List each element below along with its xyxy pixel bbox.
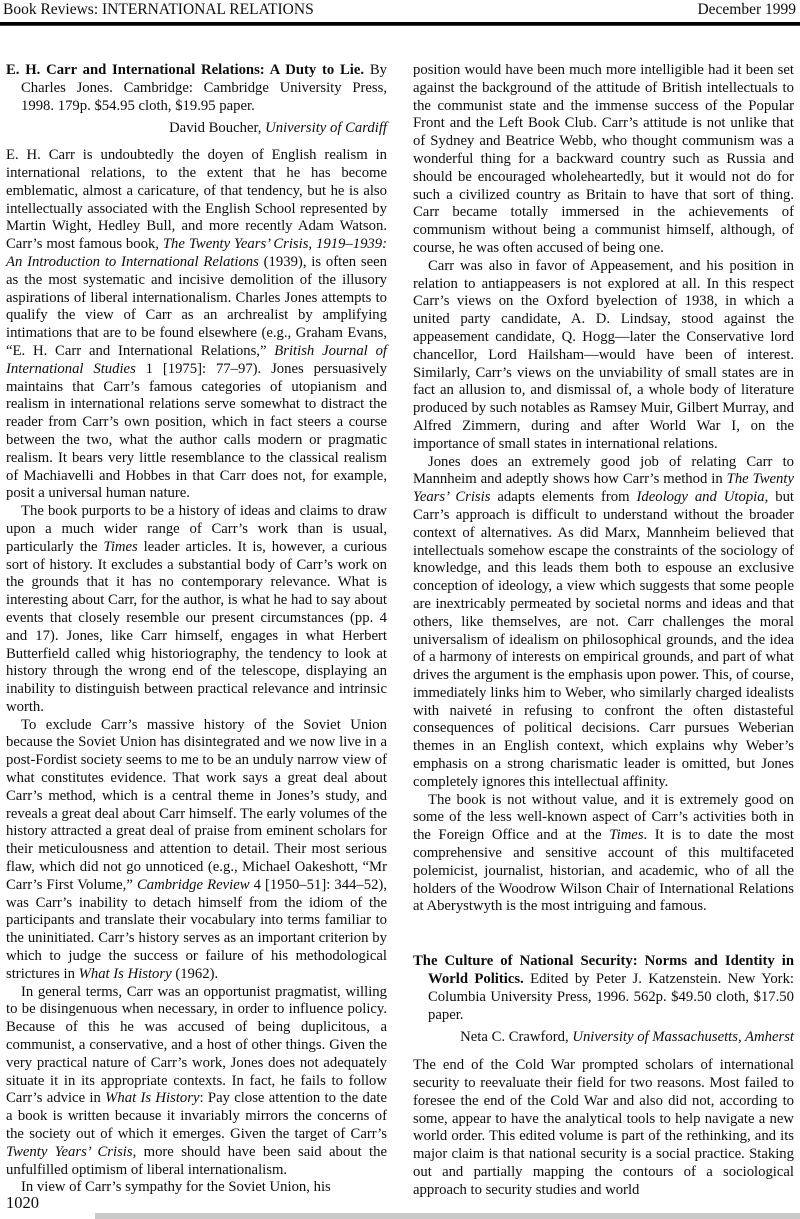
paragraph: The book purports to be a history of ide…: [6, 503, 387, 717]
paragraph: Carr was also in favor of Appeasement, a…: [413, 258, 794, 454]
page-header: Book Reviews: INTERNATIONAL RELATIONS De…: [0, 0, 800, 19]
paragraph: In general terms, Carr was an opportunis…: [6, 984, 387, 1180]
paragraph: In view of Carr’s sympathy for the Sovie…: [6, 1179, 387, 1197]
book-citation-carr: E. H. Carr and International Relations: …: [6, 62, 387, 115]
right-column: position would have been much more intel…: [413, 62, 794, 1200]
left-column: E. H. Carr and International Relations: …: [6, 62, 387, 1200]
paragraph: position would have been much more intel…: [413, 62, 794, 258]
header-rule: [0, 22, 800, 26]
paragraph: Jones does an extremely good job of rela…: [413, 454, 794, 792]
paragraph: E. H. Carr is undoubtedly the doyen of E…: [6, 147, 387, 503]
reviewer-affiliation: University of Massachusetts, Amherst: [572, 1029, 794, 1045]
reviewer-name: Neta C. Crawford,: [460, 1029, 572, 1045]
paragraph: The book is not without value, and it is…: [413, 792, 794, 917]
page-number: 1020: [6, 1193, 39, 1213]
two-column-body: E. H. Carr and International Relations: …: [0, 62, 800, 1200]
book-citation-katzenstein: The Culture of National Security: Norms …: [413, 953, 794, 1024]
paragraph: The end of the Cold War prompted scholar…: [413, 1057, 794, 1199]
running-head: Book Reviews: INTERNATIONAL RELATIONS: [3, 1, 314, 19]
reviewer-byline: David Boucher, University of Cardiff: [6, 120, 387, 138]
paragraph: To exclude Carr’s massive history of the…: [6, 717, 387, 984]
reviewer-byline: Neta C. Crawford, University of Massachu…: [413, 1029, 794, 1047]
reviewer-name: David Boucher,: [169, 120, 265, 136]
issue-date: December 1999: [697, 1, 796, 19]
reviewer-affiliation: University of Cardiff: [265, 120, 387, 136]
book-title: E. H. Carr and International Relations: …: [6, 62, 364, 78]
review-katzenstein: The Culture of National Security: Norms …: [413, 953, 794, 1199]
scan-page-edge: [95, 1213, 800, 1219]
